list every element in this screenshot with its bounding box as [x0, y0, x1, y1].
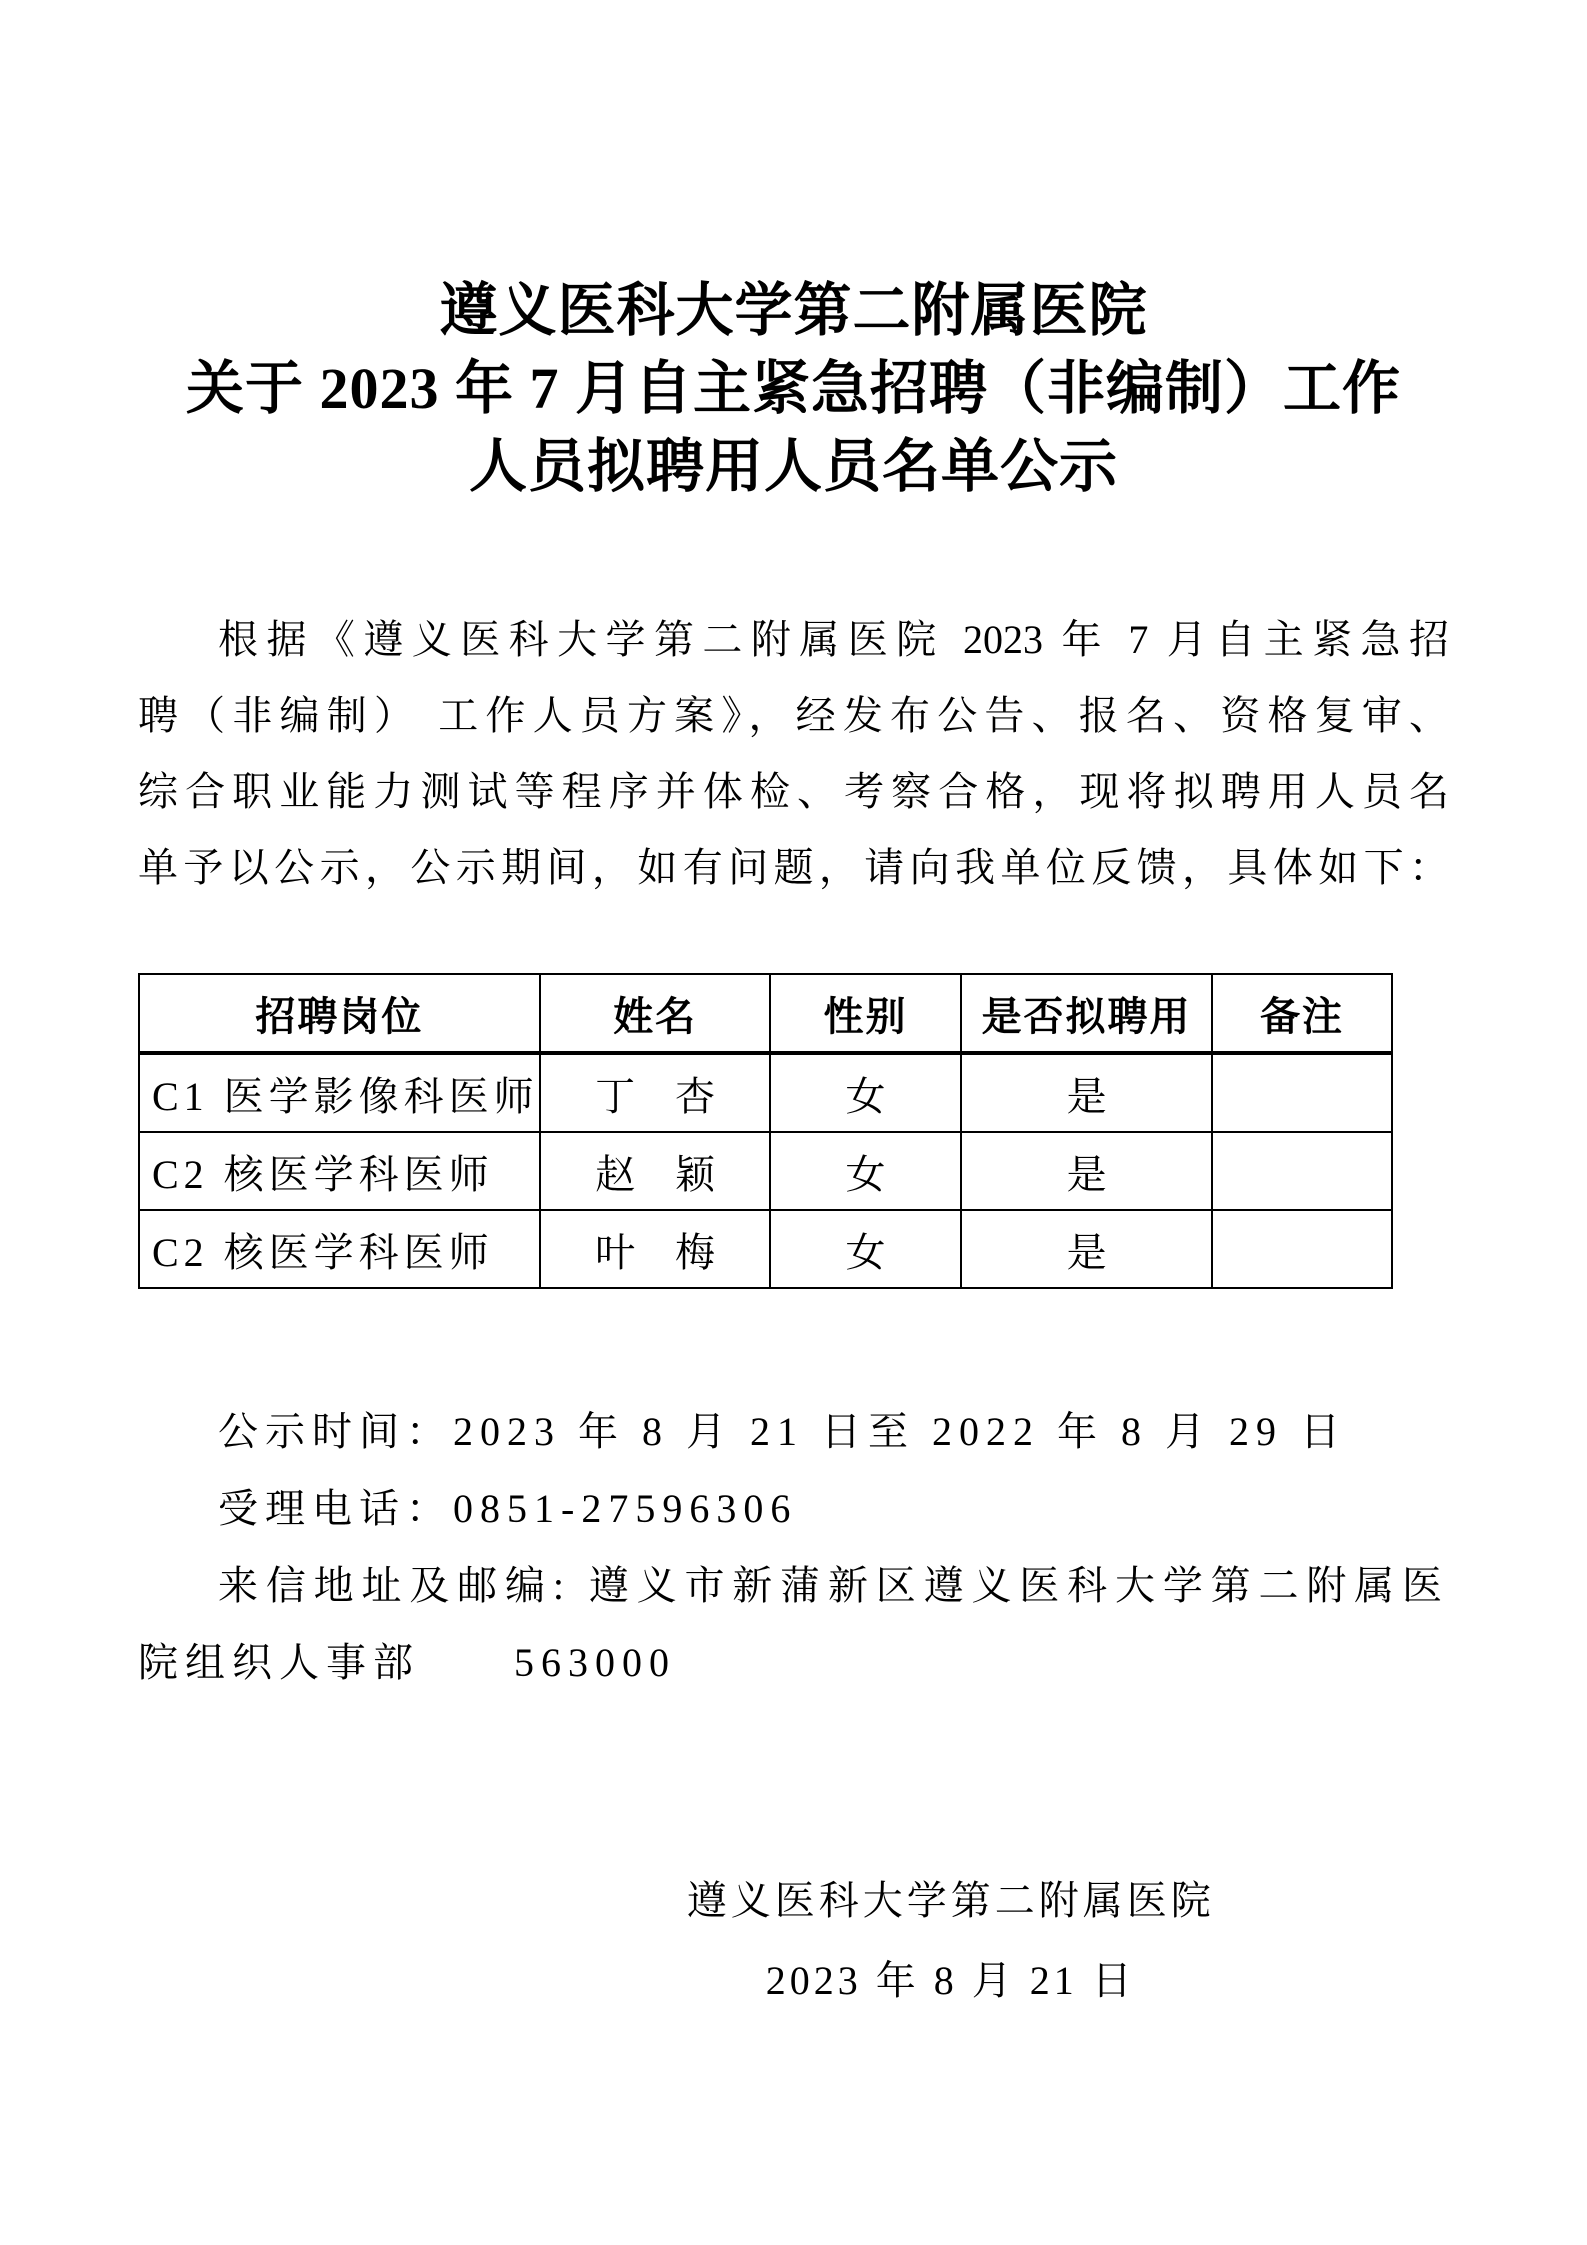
document-page: 遵义医科大学第二附属医院 关于 2023 年 7 月自主紧急招聘（非编制）工作 … — [0, 0, 1587, 2245]
paragraph-line: 根据《遵义医科大学第二附属医院 2023 年 7 月自主紧急招 — [138, 602, 1449, 678]
signature-org: 遵义医科大学第二附属医院 — [453, 1861, 1449, 1941]
col-header-gender: 性别 — [770, 974, 960, 1053]
cell-remarks — [1212, 1053, 1391, 1132]
cell-remarks — [1212, 1210, 1391, 1288]
paragraph-line: 单予以公示，公示期间，如有问题，请向我单位反馈，具体如下： — [138, 830, 1449, 906]
title-line-3: 人员拟聘用人员名单公示 — [138, 428, 1449, 506]
table-row: C1 医学影像科医师 丁 杏 女 是 — [139, 1053, 1392, 1132]
contact-info: 公示时间：2023 年 8 月 21 日至 2022 年 8 月 29 日 受理… — [138, 1393, 1449, 1701]
cell-position: C1 医学影像科医师 — [139, 1053, 540, 1132]
applicants-table: 招聘岗位 姓名 性别 是否拟聘用 备注 C1 医学影像科医师 丁 杏 女 是 C… — [138, 973, 1393, 1289]
cell-proposed: 是 — [961, 1210, 1213, 1288]
cell-position: C2 核医学科医师 — [139, 1210, 540, 1288]
address-line-2: 院组织人事部 563000 — [138, 1624, 1449, 1701]
cell-proposed: 是 — [961, 1132, 1213, 1210]
paragraph-line: 综合职业能力测试等程序并体检、考察合格，现将拟聘用人员名 — [138, 754, 1449, 830]
table-row: C2 核医学科医师 叶 梅 女 是 — [139, 1210, 1392, 1288]
cell-gender: 女 — [770, 1210, 960, 1288]
cell-name: 叶 梅 — [540, 1210, 770, 1288]
col-header-name: 姓名 — [540, 974, 770, 1053]
cell-proposed: 是 — [961, 1053, 1213, 1132]
cell-remarks — [1212, 1132, 1391, 1210]
body-paragraph: 根据《遵义医科大学第二附属医院 2023 年 7 月自主紧急招 聘（非编制） 工… — [138, 602, 1449, 906]
cell-name: 赵 颖 — [540, 1132, 770, 1210]
publicity-period-line: 公示时间：2023 年 8 月 21 日至 2022 年 8 月 29 日 — [138, 1393, 1449, 1470]
title-line-1: 遵义医科大学第二附属医院 — [138, 272, 1449, 350]
title-line-2: 关于 2023 年 7 月自主紧急招聘（非编制）工作 — [138, 350, 1449, 428]
table-row: C2 核医学科医师 赵 颖 女 是 — [139, 1132, 1392, 1210]
document-title: 遵义医科大学第二附属医院 关于 2023 年 7 月自主紧急招聘（非编制）工作 … — [138, 272, 1449, 506]
table-header-row: 招聘岗位 姓名 性别 是否拟聘用 备注 — [139, 974, 1392, 1053]
address-line-1: 来信地址及邮编: 遵义市新蒲新区遵义医科大学第二附属医 — [138, 1547, 1449, 1624]
cell-gender: 女 — [770, 1132, 960, 1210]
signature-date: 2023 年 8 月 21 日 — [453, 1941, 1449, 2021]
cell-name: 丁 杏 — [540, 1053, 770, 1132]
cell-gender: 女 — [770, 1053, 960, 1132]
col-header-remarks: 备注 — [1212, 974, 1391, 1053]
paragraph-line: 聘（非编制） 工作人员方案》，经发布公告、报名、资格复审、 — [138, 678, 1449, 754]
col-header-proposed: 是否拟聘用 — [961, 974, 1213, 1053]
phone-line: 受理电话：0851-27596306 — [138, 1470, 1449, 1547]
cell-position: C2 核医学科医师 — [139, 1132, 540, 1210]
col-header-position: 招聘岗位 — [139, 974, 540, 1053]
signature-block: 遵义医科大学第二附属医院 2023 年 8 月 21 日 — [453, 1861, 1449, 2021]
